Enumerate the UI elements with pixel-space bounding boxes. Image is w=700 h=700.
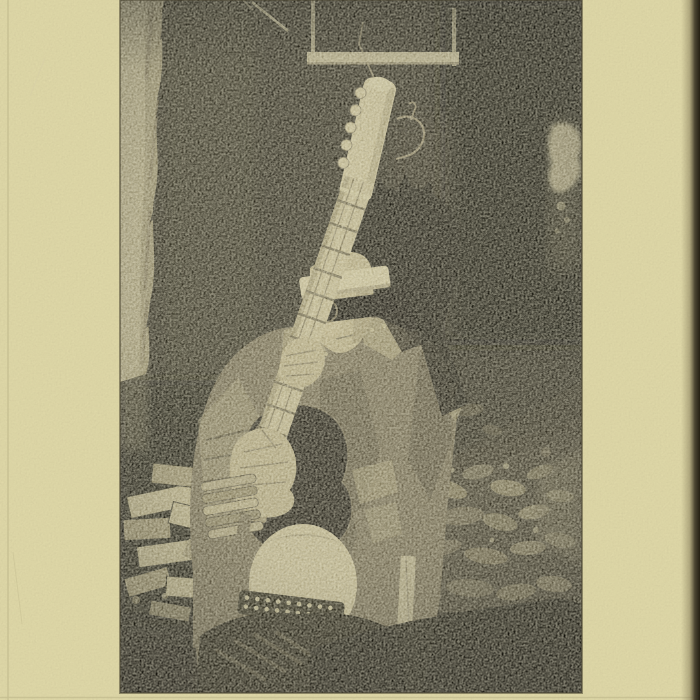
film-grain-light xyxy=(120,0,582,693)
page-edge-right xyxy=(681,0,700,700)
artwork-canvas xyxy=(0,0,700,700)
photograph xyxy=(120,0,585,693)
album-sleeve-scan xyxy=(0,0,700,700)
